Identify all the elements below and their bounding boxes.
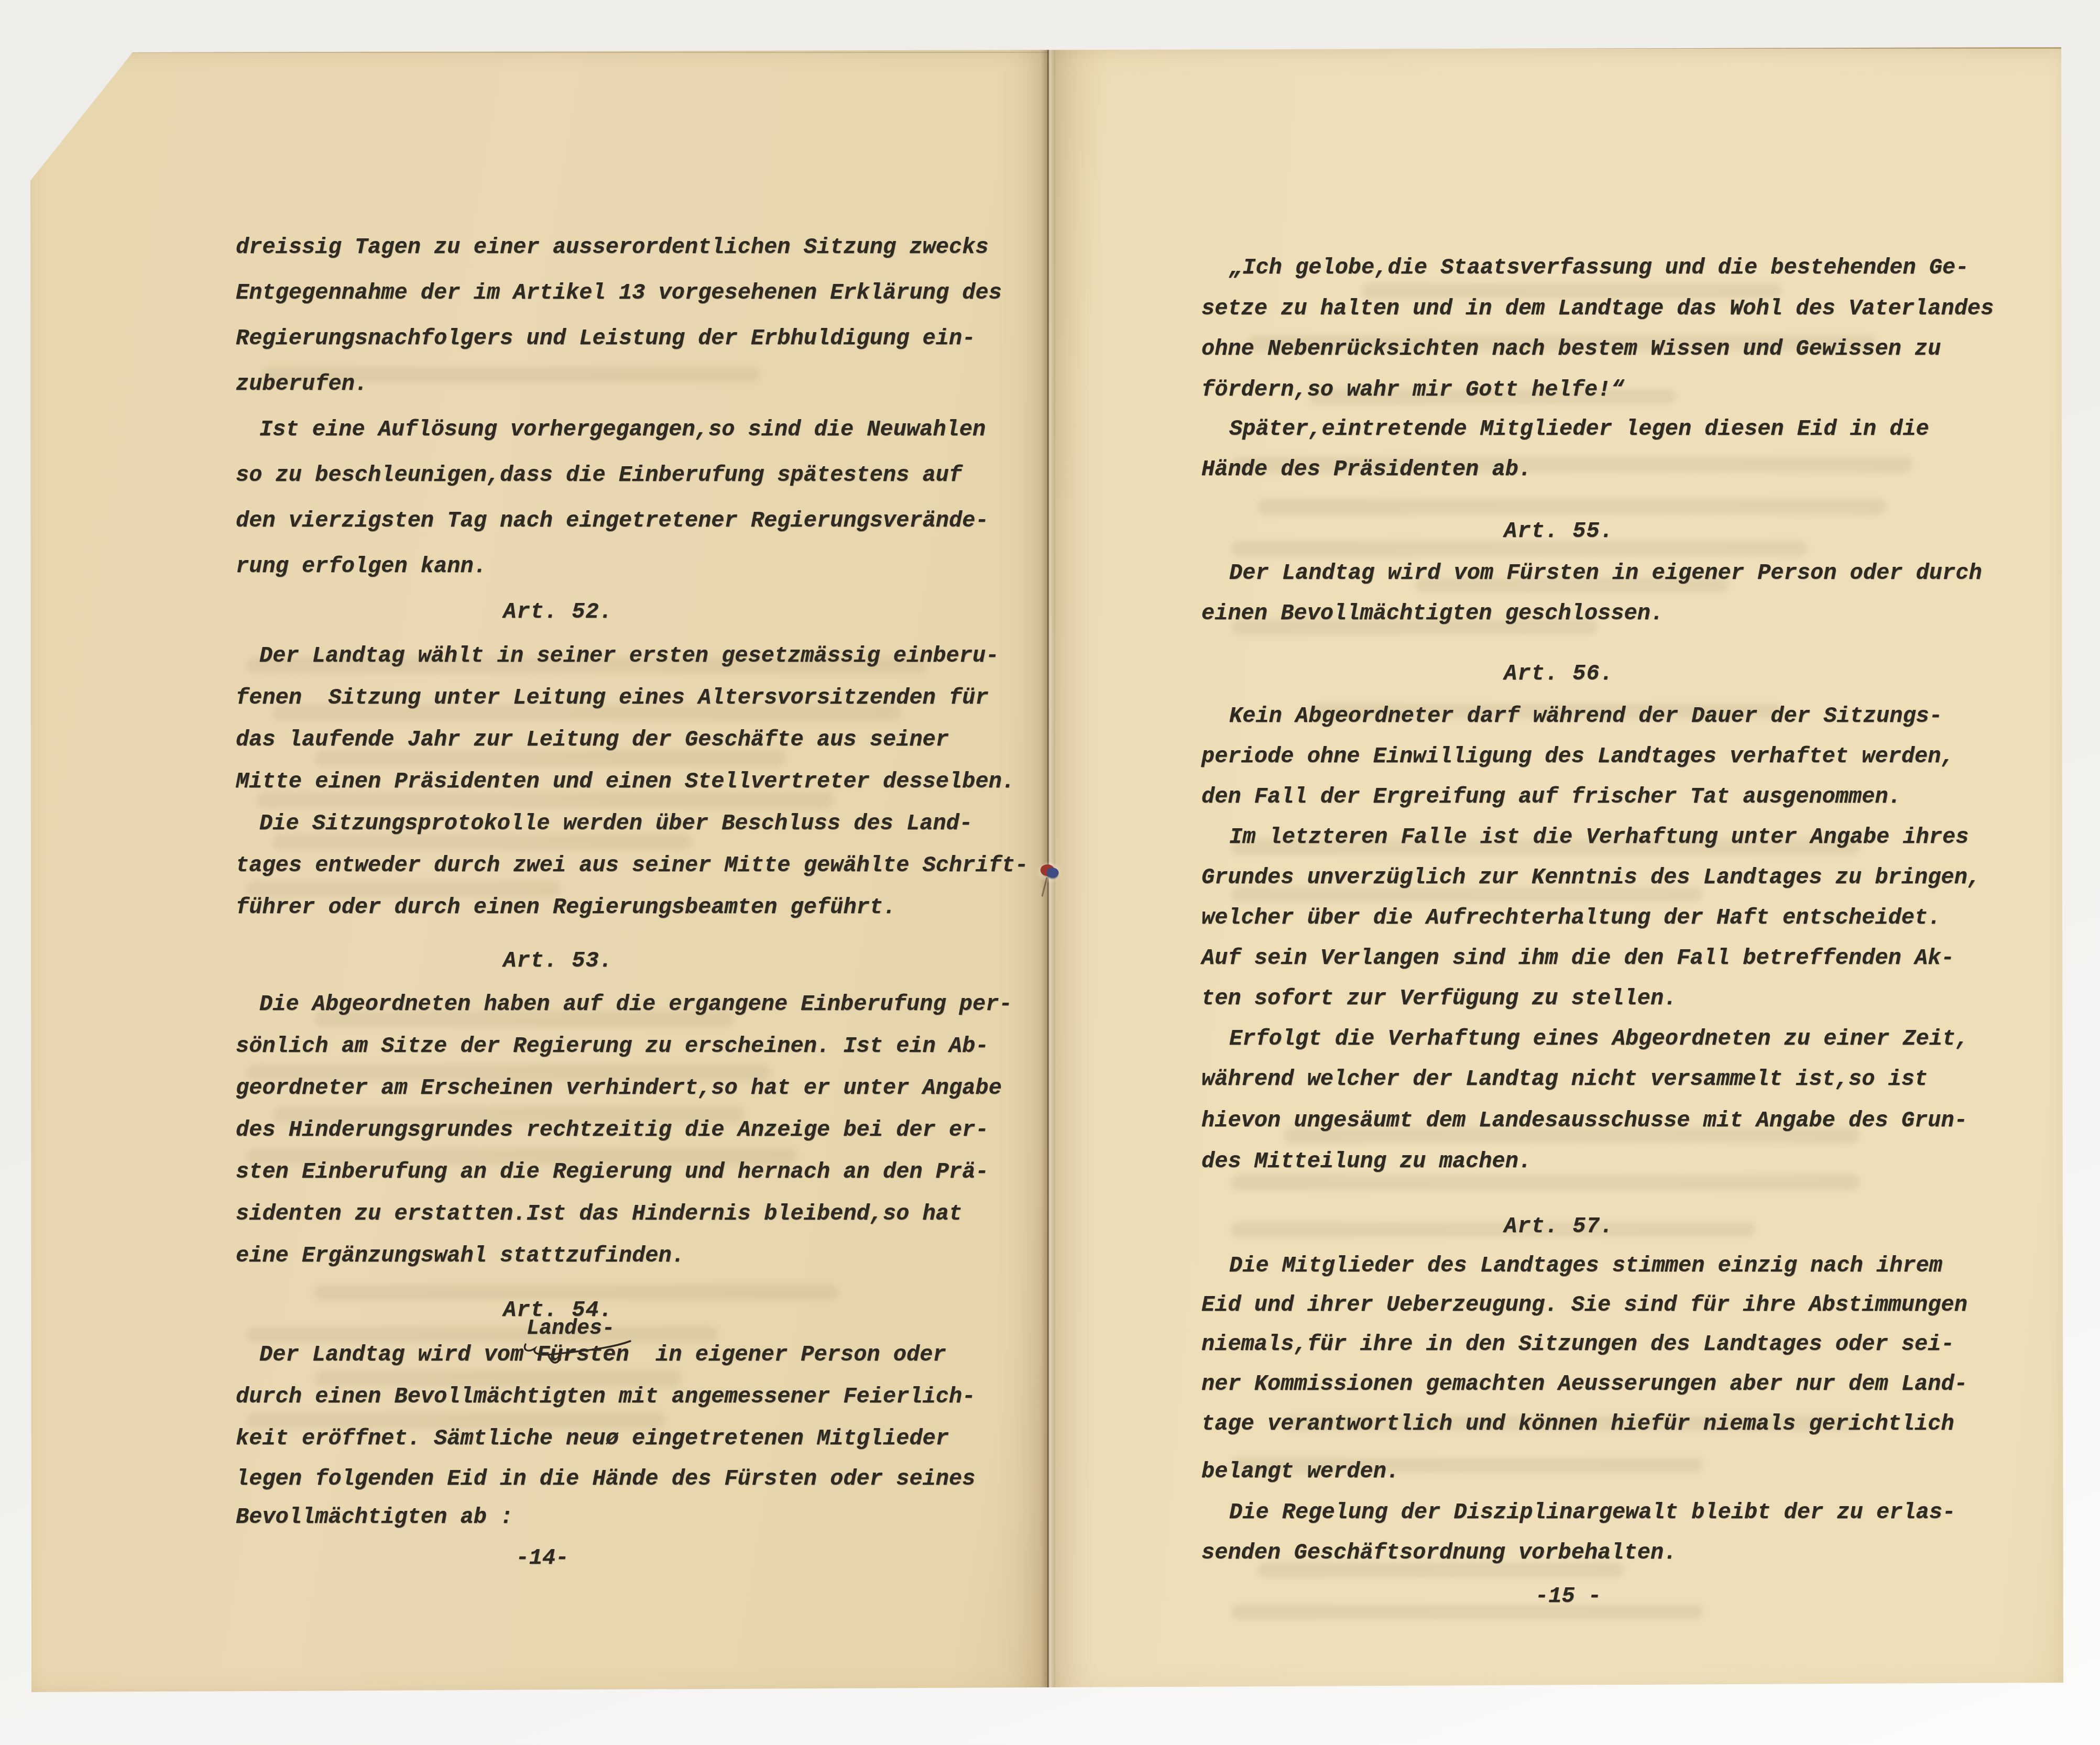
page-number: -15 - [1535,1584,1601,1609]
text-line: des Mitteilung zu machen. [1201,1149,1532,1174]
text-line: keit eröffnet. Sämtliche neuø eingetrete… [236,1426,949,1451]
text-line: so zu beschleunigen,dass die Einberufung… [236,463,962,488]
page-number: -14- [516,1545,569,1571]
text-line: Kein Abgeordneter darf während der Dauer… [1229,704,1942,729]
text-line: setze zu halten und in dem Landtage das … [1201,296,1994,321]
text-line: führer oder durch einen Regierungsbeamte… [236,895,896,920]
text-line: geordneter am Erscheinen verhindert,so h… [236,1075,1002,1101]
article-heading: Art. 52. [503,599,613,624]
typewritten-text-layer: dreissig Tagen zu einer ausserordentlich… [0,0,2100,1745]
text-line: während welcher der Landtag nicht versam… [1201,1067,1928,1092]
text-line: einen Bevollmächtigten geschlossen. [1201,601,1664,626]
text-line: sönlich am Sitze der Regierung zu ersche… [236,1034,989,1059]
text-line: Bevollmächtigten ab : [236,1505,513,1530]
text-line: Der Landtag wird vom Fürsten in eigener … [1229,561,1982,586]
text-line: ner Kommissionen gemachten Aeusserungen … [1201,1371,1967,1397]
text-line: fördern,so wahr mir Gott helfe!“ [1201,377,1624,402]
text-line: hievon ungesäumt dem Landesausschusse mi… [1201,1108,1967,1133]
text-line: Entgegennahme der im Artikel 13 vorgeseh… [236,280,1002,305]
text-line: den Fall der Ergreifung auf frischer Tat… [1201,784,1901,809]
text-line: periode ohne Einwilligung des Landtages … [1201,744,1954,769]
text-line: sten Einberufung an die Regierung und he… [236,1159,989,1184]
text-line: niemals,für ihre in den Sitzungen des La… [1201,1332,1954,1357]
article-heading: Art. 57. [1504,1214,1614,1239]
text-line: Erfolgt die Verhaftung eines Abgeordnete… [1229,1026,1968,1051]
text-line: senden Geschäftsordnung vorbehalten. [1201,1540,1677,1565]
text-line: Die Mitglieder des Landtages stimmen ein… [1229,1253,1942,1278]
article-heading: Art. 55. [1504,519,1614,544]
text-line: das laufende Jahr zur Leitung der Geschä… [236,727,949,752]
text-line: Der Landtag wählt in seiner ersten geset… [259,643,999,668]
text-line: ten sofort zur Verfügung zu stellen. [1201,986,1677,1011]
text-line: Die Sitzungsprotokolle werden über Besch… [259,811,972,836]
text-line: Grundes unverzüglich zur Kenntnis des La… [1201,865,1981,890]
article-heading: Art. 56. [1504,661,1614,686]
text-line: „Ich gelobe,die Staatsverfassung und die… [1229,255,1968,280]
text-line: rung erfolgen kann. [236,554,487,579]
text-line: belangt werden. [1201,1459,1399,1484]
text-line: welcher über die Aufrechterhaltung der H… [1201,905,1941,930]
text-line: Mitte einen Präsidenten und einen Stellv… [236,769,1015,794]
text-line: ohne Nebenrücksichten nach bestem Wissen… [1201,336,1941,361]
text-line: dreissig Tagen zu einer ausserordentlich… [236,235,989,260]
text-line: den vierzigsten Tag nach eingetretener R… [236,508,989,533]
text-line: Eid und ihrer Ueberzeugung. Sie sind für… [1201,1292,1967,1318]
text-line: Im letzteren Falle ist die Verhaftung un… [1229,825,1968,850]
text-line: durch einen Bevollmächtigten mit angemes… [236,1384,975,1409]
text-line: sidenten zu erstatten.Ist das Hindernis … [236,1201,962,1226]
text-line: tages entweder durch zwei aus seiner Mit… [236,853,1028,878]
article-heading: Art. 53. [503,948,613,973]
text-line: Regierungsnachfolgers und Leistung der E… [236,326,975,351]
text-line: Die Abgeordneten haben auf die ergangene… [259,992,1012,1017]
text-line: Hände des Präsidenten ab. [1201,457,1532,482]
text-line: Später,eintretende Mitglieder legen dies… [1229,416,1929,442]
text-line: fenen Sitzung unter Leitung eines Alters… [236,685,989,710]
text-line: zuberufen. [236,371,368,397]
text-line: legen folgenden Eid in die Hände des Für… [236,1466,975,1491]
text-line: tage verantwortlich und können hiefür ni… [1201,1411,1954,1436]
text-line: des Hinderungsgrundes rechtzeitig die An… [236,1117,989,1143]
text-line: Auf sein Verlangen sind ihm die den Fall… [1201,946,1954,971]
insertion-underline-flourish [521,1335,652,1371]
text-line: Ist eine Auflösung vorhergegangen,so sin… [259,417,986,442]
text-line: eine Ergänzungswahl stattzufinden. [236,1243,685,1268]
text-line: Die Regelung der Disziplinargewalt bleib… [1229,1500,1955,1525]
